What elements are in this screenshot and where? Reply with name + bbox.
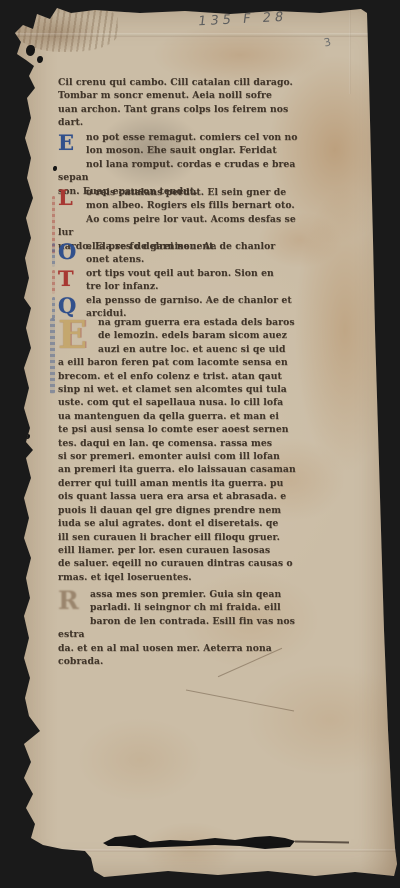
paragraph-text: ort tips vout qeil aut baron. Sion en tr… [58,267,308,294]
crack-line [186,690,294,712]
edge-letter-fragment: f [2,408,26,418]
decorated-initial-letter: E [58,131,82,158]
parchment-hole [25,434,30,439]
manuscript-paragraph: O ella pres de garnison. Ae de chanlor o… [58,240,308,267]
parchment-leaf: 135 F 28 3 m rd z f l ld mf t [0,0,400,888]
shelfmark-pencil-annotation: 135 F 28 [197,10,288,30]
horizontal-fold-crease-top [0,33,400,37]
decorated-initial-letter: L [58,186,82,213]
manuscript-paragraph: T ort tips vout qeil aut baron. Sion en … [58,267,308,294]
decorated-initial-letter: R [58,588,86,615]
edge-letter-fragment: rd [2,300,26,310]
paragraph-text: ella pres de garnison. Ae de chanlor one… [58,240,308,267]
edge-letter-fragment: ld [2,490,26,500]
penwork-flourish-blue [52,243,55,267]
edge-letter-fragment: dn [2,588,26,598]
edge-letter-fragment: mf [2,506,26,516]
horizontal-fold-crease-bottom [0,849,400,852]
edge-letter-fragment: m [2,226,26,236]
penwork-flourish-red [52,270,55,294]
edge-letter-fragment: nef [2,688,26,698]
parchment-hole [53,166,57,171]
decorated-initial-letter: E [58,316,94,356]
edge-letter-fragment: l [2,424,26,434]
folio-number-pencil: 3 [323,35,333,49]
edge-letter-fragment: tit [2,748,26,758]
decorated-initial-letter: T [58,267,82,294]
photograph-of-manuscript-leaf: 135 F 28 3 m rd z f l ld mf t [0,0,400,888]
edge-letter-fragment: z [2,391,26,401]
edge-letter-fragment: uf [2,555,26,565]
paragraph-text: na gram guerra era estada dels baros de … [58,316,308,584]
manuscript-paragraph: E na gram guerra era estada dels baros d… [58,316,308,584]
penwork-flourish-blue [50,318,55,395]
decorated-initial-letter: O [58,240,82,267]
edge-letter-fragment: — [2,610,26,620]
crack-line [295,841,349,844]
paragraph-text: assa mes son premier. Guia sin qean parl… [58,588,308,668]
parchment-hole [26,45,35,56]
edge-letter-fragment: tē [2,535,26,545]
manuscript-paragraph: Cil crenu qui cambo. Cill catalan cill d… [58,76,308,130]
vertical-crease [349,2,351,94]
manuscript-paragraph: R assa mes son premier. Guia sin qean pa… [58,588,308,668]
paragraph-text: Cil crenu qui cambo. Cill catalan cill d… [58,76,308,130]
parchment-hole [37,56,43,63]
